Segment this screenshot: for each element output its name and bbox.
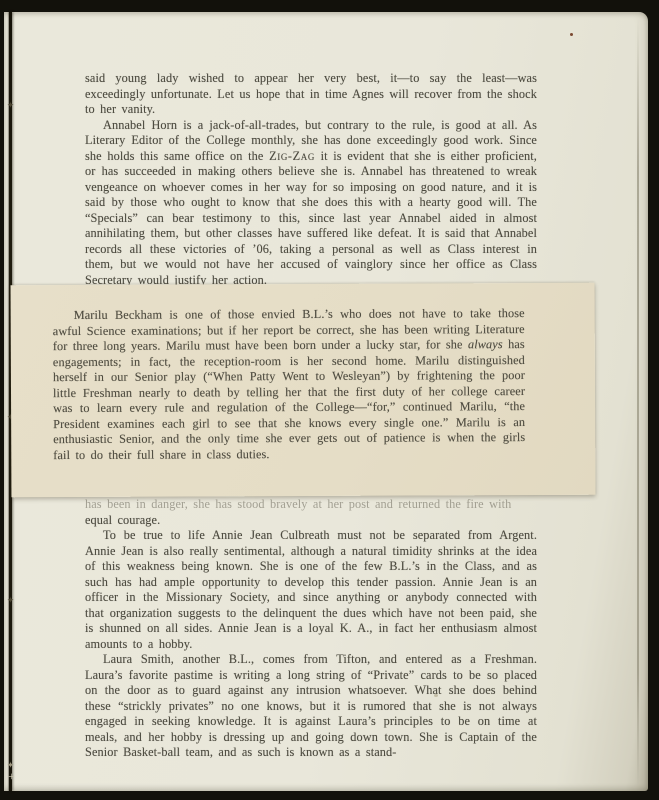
italic-word: always [468,337,503,351]
slip-text: Marilu Beckham is one of those envied B.… [53,306,526,463]
continuation-line: equal courage. [85,513,537,529]
paragraph-segment: has engagements; in fact, the reception-… [53,337,525,462]
paragraph-annie-jean: To be true to life Annie Jean Culbreath … [85,528,537,652]
paragraph-marilu-beckham: Marilu Beckham is one of those envied B.… [53,306,526,463]
ink-speck [570,33,573,36]
printed-text-lower: has been in danger, she has stood bravel… [85,497,537,761]
stitch-mark-icon [5,100,16,111]
thread-cross-icon [8,770,15,782]
paragraph-segment: Marilu Beckham is one of those envied B.… [53,306,525,353]
printed-text-upper: said young lady wished to appear her ver… [85,71,537,304]
paragraph-segment: it is evident that she is either profici… [85,149,537,287]
book-scan: said young lady wished to appear her ver… [0,0,659,800]
pasted-slip: Marilu Beckham is one of those envied B.… [11,283,596,498]
page-edge-crease [637,18,639,787]
paragraph-annabel-horn: Annabel Horn is a jack-of-all-trades, bu… [85,118,537,289]
book-page: said young lady wished to appear her ver… [4,12,648,791]
stitch-mark-icon [5,595,16,606]
obscured-line: has been in danger, she has stood bravel… [85,497,537,513]
zigzag-smallcaps: Zig-Zag [269,149,315,163]
paragraph-laura-smith: Laura Smith, another B.L., comes from Ti… [85,652,537,761]
paragraph-agnes-continuation: said young lady wished to appear her ver… [85,71,537,118]
